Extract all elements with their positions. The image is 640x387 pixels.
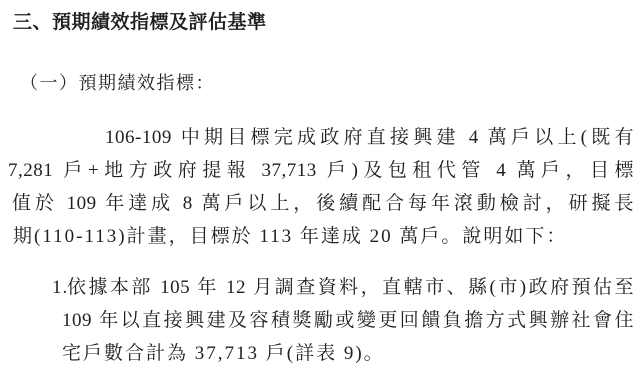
- subsection-heading: （一）預期績效指標：: [20, 68, 215, 98]
- document-page: 三、預期績效指標及評估基準 （一）預期績效指標： 106-109 中期目標完成政…: [0, 0, 640, 387]
- list-item-line: 109 年以直接興建及容積獎勵或變更回饋負擔方式興辦社會住: [62, 304, 634, 337]
- paragraph-line: 7,281 戶+地方政府提報 37,713 戶)及包租代管 4 萬戶，目標: [8, 154, 634, 187]
- paragraph-line: 期(110-113)計畫，目標於 113 年達成 20 萬戶。說明如下：: [13, 220, 567, 253]
- paragraph-line: 值於 109 年達成 8 萬戶以上，後續配合每年滾動檢討，研擬長: [12, 187, 634, 220]
- list-item-line: 宅戶數合計為 37,713 戶(詳表 9)。: [62, 337, 385, 370]
- paragraph-line: 106-109 中期目標完成政府直接興建 4 萬戶以上(既有: [105, 121, 634, 154]
- list-item-line: 依據本部 105 年 12 月調查資料，直轄市、縣(市)政府預估至: [67, 271, 634, 304]
- section-title: 三、預期績效指標及評估基準: [13, 8, 267, 38]
- list-item-marker: 1.: [52, 271, 68, 304]
